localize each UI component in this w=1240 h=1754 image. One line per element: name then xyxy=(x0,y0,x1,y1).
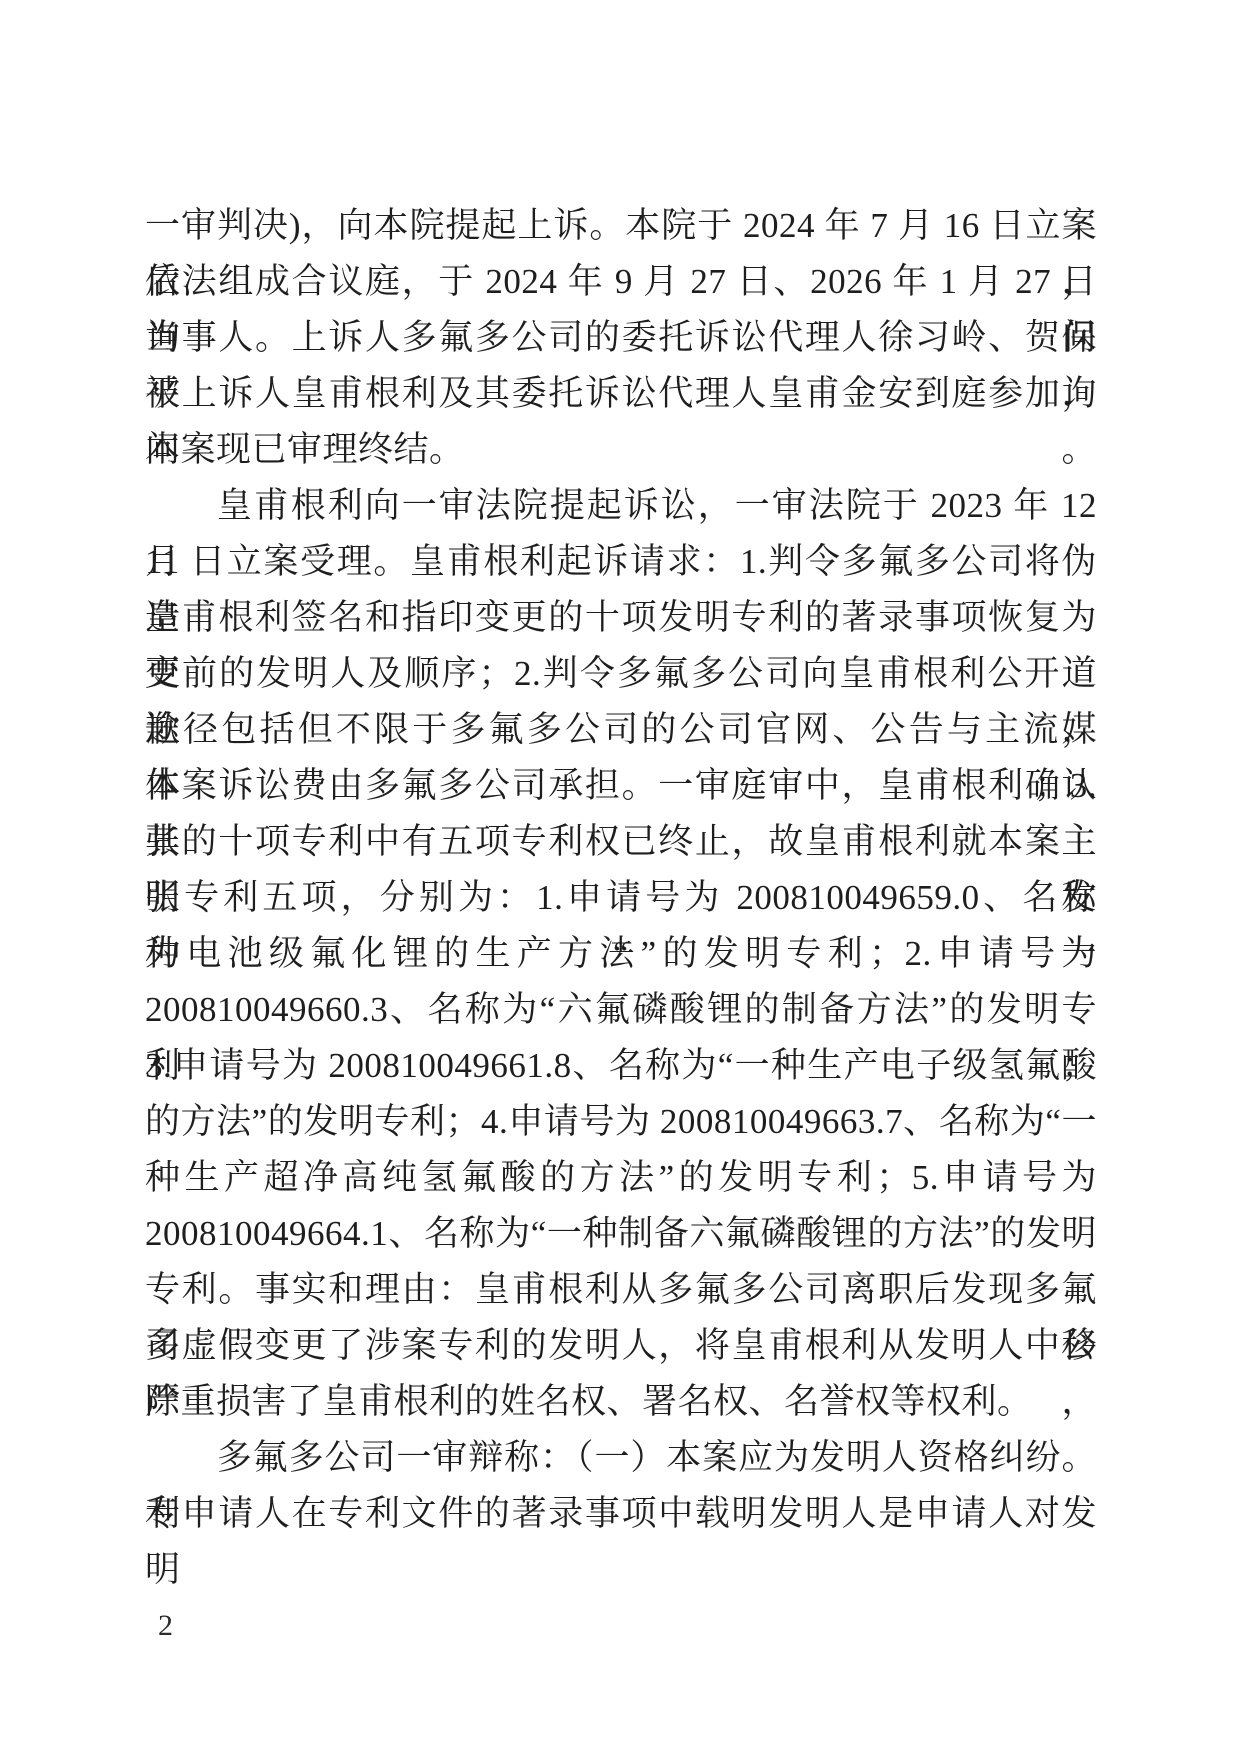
text-line: 皇甫根利签名和指印变更的十项发明专利的著录事项恢复为变 xyxy=(145,590,1097,646)
text-line: 司虚假变更了涉案专利的发明人，将皇甫根利从发明人中移除， xyxy=(145,1318,1097,1374)
text-line: 本案诉讼费由多氟多公司承担。一审庭审中，皇甫根利确认其主 xyxy=(145,758,1097,814)
text-line: 专利。事实和理由：皇甫根利从多氟多公司离职后发现多氟多公 xyxy=(145,1262,1097,1318)
text-line: 种生产超净高纯氢氟酸的方法”的发明专利；5.申请号为 xyxy=(145,1150,1097,1206)
text-line: 当事人。上诉人多氟多公司的委托诉讼代理人徐习岭、贺保平， xyxy=(145,310,1097,366)
text-line: 皇甫根利向一审法院提起诉讼，一审法院于 2023 年 12 月 xyxy=(145,478,1097,534)
text-line: 3.申请号为 200810049661.8、名称为“一种生产电子级氢氟酸 xyxy=(145,1038,1097,1094)
text-line: 更前的发明人及顺序；2.判令多氟多公司向皇甫根利公开道歉， xyxy=(145,646,1097,702)
text-line: 利申请人在专利文件的著录事项中载明发明人是申请人对发明 xyxy=(145,1486,1097,1542)
text-line: 11 日立案受理。皇甫根利起诉请求：1.判令多氟多公司将伪造 xyxy=(145,534,1097,590)
text-line: 的方法”的发明专利；4.申请号为 200810049663.7、名称为“一 xyxy=(145,1094,1097,1150)
text-line: 依法组成合议庭，于 2024 年 9 月 27 日、2026 年 1 月 27 … xyxy=(145,254,1097,310)
page-number: 2 xyxy=(158,1608,173,1644)
text-line: 多氟多公司一审辩称：（一）本案应为发明人资格纠纷。专 xyxy=(145,1430,1097,1486)
text-block: 一审判决)，向本院提起上诉。本院于 2024 年 7 月 16 日立案后，依法组… xyxy=(145,198,1097,1542)
text-line: 被上诉人皇甫根利及其委托诉讼代理人皇甫金安到庭参加询问。 xyxy=(145,366,1097,422)
text-line: 200810049660.3、名称为“六氟磷酸锂的制备方法”的发明专利； xyxy=(145,982,1097,1038)
text-line: 一审判决)，向本院提起上诉。本院于 2024 年 7 月 16 日立案后， xyxy=(145,198,1097,254)
text-line: 严重损害了皇甫根利的姓名权、署名权、名誉权等权利。 xyxy=(145,1374,1097,1430)
text-line: 途径包括但不限于多氟多公司的公司官网、公告与主流媒体；3. xyxy=(145,702,1097,758)
text-line: 张的十项专利中有五项专利权已终止，故皇甫根利就本案主张发 xyxy=(145,814,1097,870)
document-page: 一审判决)，向本院提起上诉。本院于 2024 年 7 月 16 日立案后，依法组… xyxy=(0,0,1240,1754)
text-line: 种电池级氟化锂的生产方法”的发明专利；2.申请号为 xyxy=(145,926,1097,982)
text-line: 200810049664.1、名称为“一种制备六氟磷酸锂的方法”的发明 xyxy=(145,1206,1097,1262)
text-line: 明专利五项，分别为：1.申请号为 200810049659.0、名称为“一 xyxy=(145,870,1097,926)
